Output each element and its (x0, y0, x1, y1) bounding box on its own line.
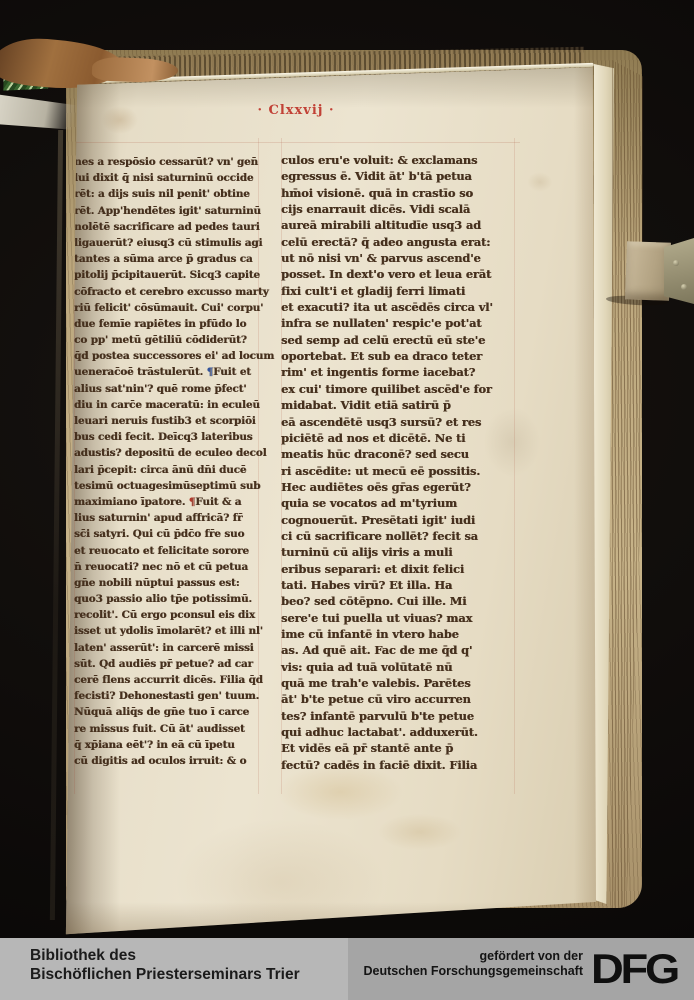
manuscript-text-line: fixi cult'i et gladij ferri limati (281, 283, 493, 299)
manuscript-text-line: uenerac̄oē trāstulerūt. ¶Fuit et (74, 364, 274, 380)
manuscript-text-line: n̄ reuocati? nec nō et cū petua (74, 559, 274, 575)
manuscript-text-line: meatis hūc draconē? sed secu (281, 446, 493, 462)
manuscript-text-line: lari p̄cepit: circa ānū dn̄i ducē (74, 462, 274, 478)
manuscript-text-line: isset ut ydolis īmolarēt? et illi nl' (74, 623, 274, 639)
manuscript-text-line: hm̄oi visionē. quā in crastīo so (281, 185, 493, 201)
manuscript-text-line: midabat. Vidit etiā satirū p̄ (281, 397, 493, 413)
paragraph-mark: ¶ (189, 496, 196, 508)
manuscript-text-line: fectū? cadēs in faciē dixit. Filia (281, 757, 493, 773)
manuscript-text-line: as. Ad quē ait. Fac de me q̄d q' (281, 642, 493, 658)
manuscript-text-line: lui dixit q̄ nisi saturninū occide (74, 170, 274, 186)
manuscript-text-line: cū digitis ad oculos irruit: & o (74, 753, 274, 769)
funding-credit: gefördert von der Deutschen Forschungsge… (348, 949, 583, 979)
manuscript-text-line: cerē flens accurrit dicēs. Filia q̄d (74, 672, 274, 688)
manuscript-text-line: beo? sed cōtēpno. Cui ille. Mi (281, 593, 493, 609)
manuscript-text-line: q̄d postea successores ei' ad locum (74, 348, 274, 364)
manuscript-text-line: cognouerūt. Presētati igit' iudi (281, 512, 493, 528)
library-name-line2: Bischöflichen Priesterseminars Trier (30, 965, 300, 984)
manuscript-text-line: cōfracto et cerebro excusso marty (74, 284, 274, 300)
gutter-edge (50, 130, 63, 920)
manuscript-text-line: ime cū infantē in vtero habe (281, 626, 493, 642)
manuscript-text-line: maximiano īpatore. ¶Fuit & a (74, 494, 274, 510)
folio-number: · Clxxvij · (236, 103, 356, 118)
manuscript-text-line: infra se nullaten' respic'e pot'at (281, 315, 493, 331)
manuscript-text-line: leuari neruis fustib3 et scorpiōi (74, 413, 274, 429)
manuscript-text-line: diu in carc̄e maceratū: in eculeū (74, 397, 274, 413)
clasp-rivet (681, 284, 687, 290)
library-name: Bibliothek des Bischöflichen Priestersem… (30, 946, 300, 984)
manuscript-text-line: gn̄e nobili nūptui passus est: (74, 575, 274, 591)
manuscript-text-line: bus cedi fecit. Deīcq3 lateribus (74, 429, 274, 445)
manuscript-text-line: nolētē sacrificare ad pedes tauri (74, 219, 274, 235)
footer-bar: Bibliothek des Bischöflichen Priestersem… (0, 938, 694, 1000)
manuscript-text-line: tes? infantē parvulū b'te petue (281, 708, 493, 724)
manuscript-text-line: cijs enarrauit dicēs. Vidi scalā (281, 201, 493, 217)
book-clasp (626, 238, 694, 304)
manuscript-text-line: et exacuti? ita ut ascēdēs circa vl' (281, 299, 493, 315)
manuscript-text-line: ut nō nisi vn' & parvus ascend'e (281, 250, 493, 266)
manuscript-text-line: posset. In dext'o vero et leua erāt (281, 266, 493, 282)
manuscript-text-line: sere'e tui puella ut viuas? max (281, 610, 493, 626)
manuscript-text-line: oportebat. Et sub ea draco teter (281, 348, 493, 364)
manuscript-text-line: quo3 passio alio tp̄e potissimū. (74, 591, 274, 607)
manuscript-text-line: sūt. Qd audiēs pr̄ petue? ad car (74, 656, 274, 672)
manuscript-text-line: piciētē ad nos et dicētē. Ne ti (281, 430, 493, 446)
manuscript-text-line: eribus separari: et dixit felici (281, 561, 493, 577)
manuscript-text-line: quā me trah'e valebis. Parētes (281, 675, 493, 691)
manuscript-text-line: alius sat'nin'? quē rome p̄fect' (74, 381, 274, 397)
manuscript-text-line: tantes a sūma arce p̄ gradus ca (74, 251, 274, 267)
manuscript-text-line: pitolij p̄cipitauerūt. Sicq3 capite (74, 267, 274, 283)
manuscript-text-line: ex cui' timore quilibet ascēd'e for (281, 381, 493, 397)
manuscript-text-line: ligauerūt? eiusq3 cū stimulis agi (74, 235, 274, 251)
manuscript-text-line: quia se vocatos ad m'tyrium (281, 495, 493, 511)
manuscript-text-line: co pp' metū gētiliū cōdiderūt? (74, 332, 274, 348)
manuscript-text-line: culos eru'e voluit: & exclamans (281, 152, 493, 168)
manuscript-text-line: tesimū octuagesimūseptimū sub (74, 478, 274, 494)
manuscript-text-line: egressus ē. Vidit āt' b'tā petua (281, 168, 493, 184)
manuscript-text-line: fecisti? Dehonestasti gen' tuum. (74, 688, 274, 704)
right-text-column: culos eru'e voluit: & exclamansegressus … (281, 152, 493, 773)
dfg-logo: DFG (591, 940, 694, 998)
manuscript-text-line: ri ascēdite: ut mecū eē possitis. (281, 463, 493, 479)
manuscript-text-line: sc̄i satyri. Qui cū p̄dc̄o fr̄e suo (74, 526, 274, 542)
funding-credit-line1: gefördert von der (348, 949, 583, 964)
manuscript-text-line: due femīe rapiētes in pfūdo lo (74, 316, 274, 332)
manuscript-text-line: q̄ xp̄iana eēt'? in eā cū īpetu (74, 737, 274, 753)
manuscript-text-line: rēt: a dijs suis nil penit' obtine (74, 186, 274, 202)
manuscript-text-line: recolit'. Cū ergo pconsul eis dix (74, 607, 274, 623)
library-name-line1: Bibliothek des (30, 946, 300, 965)
manuscript-text-line: Et vidēs eā pr̄ stantē ante p̄ (281, 740, 493, 756)
manuscript-photo: · Clxxvij · nes a respōsio cessarūt? vn'… (0, 0, 694, 1000)
manuscript-text-line: adustis? depositū de eculeo decol (74, 445, 274, 461)
manuscript-text-line: āt' b'te petue cū viro accurren (281, 691, 493, 707)
manuscript-text-line: et reuocato et felicitate sorore (74, 543, 274, 559)
manuscript-text-line: Hec audiētes oēs gr̄as egerūt? (281, 479, 493, 495)
manuscript-text-line: lius saturnin' apud affricā? fr̄ (74, 510, 274, 526)
manuscript-text-line: re missus fuit. Cū āt' audisset (74, 721, 274, 737)
manuscript-text-line: aureā mirabili altitudīe usq3 ad (281, 217, 493, 233)
manuscript-text-line: sed semp ad celū erectū eū ste'e (281, 332, 493, 348)
manuscript-text-line: rim' et ingentis forme iacebat? (281, 364, 493, 380)
manuscript-page: · Clxxvij · nes a respōsio cessarūt? vn'… (60, 62, 596, 936)
manuscript-text-line: celū erectā? q̄ adeo angusta erat: (281, 234, 493, 250)
funding-credit-line2: Deutschen Forschungsgemeinschaft (348, 964, 583, 979)
manuscript-text-line: turninū cū alijs viris a muli (281, 544, 493, 560)
manuscript-text-line: rēt. App'hendētes igit' saturninū (74, 203, 274, 219)
manuscript-text-line: qui adhuc lactabat'. adduxerūt. (281, 724, 493, 740)
left-text-column: nes a respōsio cessarūt? vn' gen̄lui dix… (74, 154, 274, 769)
manuscript-text-line: Nūquā aliq̄s de gn̄e tuo ī carce (74, 704, 274, 720)
clasp-rivet (673, 260, 679, 266)
manuscript-text-line: tati. Habes virū? Et illa. Ha (281, 577, 493, 593)
manuscript-text-line: nes a respōsio cessarūt? vn' gen̄ (74, 154, 274, 170)
cover-edge (0, 90, 76, 130)
manuscript-text-line: riū felicit' cōsūmauit. Cui' corpu' (74, 300, 274, 316)
paragraph-mark: ¶ (207, 366, 214, 378)
manuscript-text-line: ci cū sacrificare nollēt? fecit sa (281, 528, 493, 544)
manuscript-text-line: eā ascendētē usq3 sursū? et res (281, 414, 493, 430)
manuscript-text-line: laten' asserūt': in carcerē missi (74, 640, 274, 656)
clasp-metal-plate (664, 238, 694, 304)
manuscript-text-line: vis: quia ad tuā volūtatē nū (281, 659, 493, 675)
